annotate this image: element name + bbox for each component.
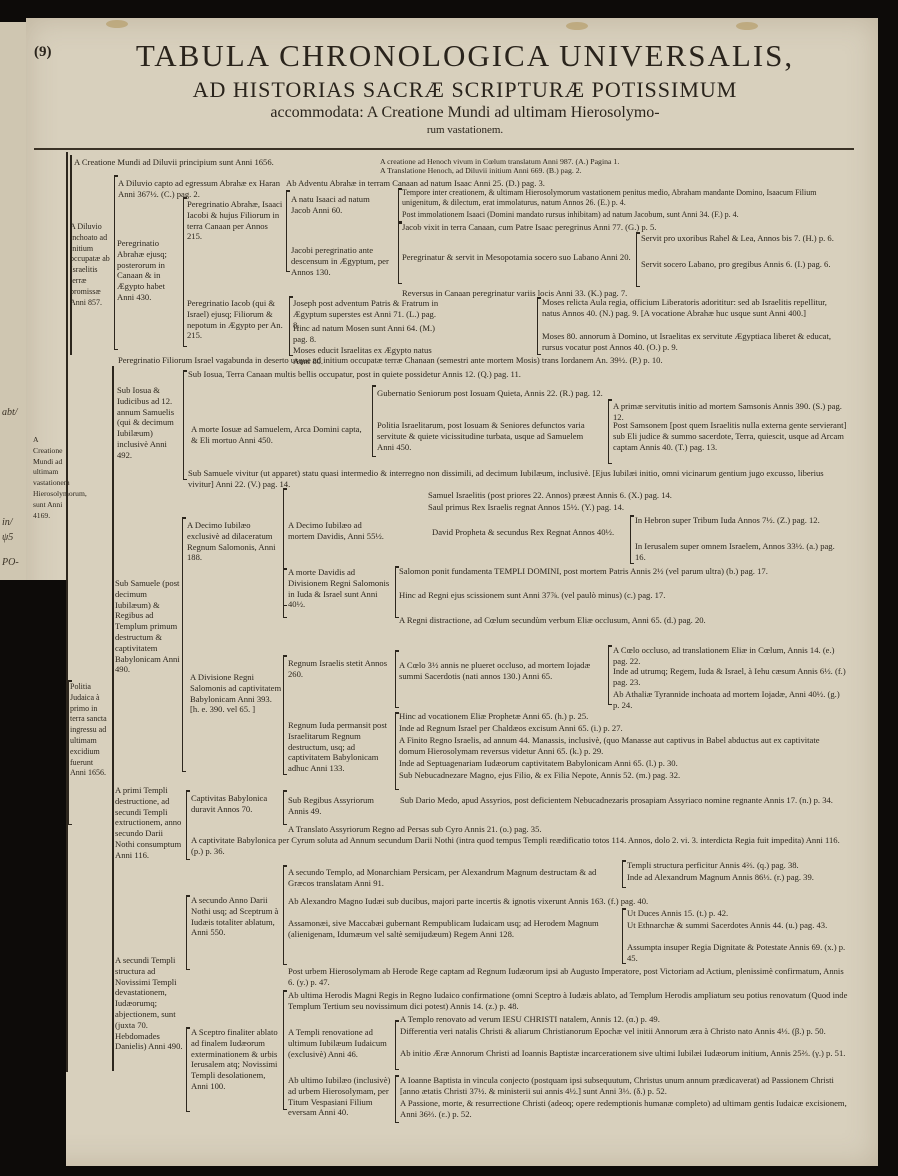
chronology-entry: Assumpta insuper Regia Dignitate & Potes… — [627, 942, 847, 964]
chronology-entry: Politia Israelitarum, post Iosuam & Seni… — [377, 420, 602, 452]
chronology-entry: A captivitate Babylonica per Cyrum solut… — [191, 835, 841, 857]
chronology-entry: Ab Alexandro Magno Iudæi sub ducibus, ma… — [288, 896, 848, 907]
brace — [286, 190, 287, 272]
chronology-entry: Sub Iosua & Iudicibus ad 12. annum Samue… — [117, 385, 181, 461]
adjacent-fragment: PO- — [2, 557, 19, 568]
brace — [114, 175, 115, 350]
adjacent-fragment: ψ5 — [2, 532, 13, 543]
brace — [372, 385, 373, 457]
adjacent-fragment: in/ — [2, 517, 13, 528]
chronology-entry: Gubernatio Seniorum post Iosuam Quieta, … — [377, 388, 847, 399]
chronology-entry: A Templi renovatione ad ultimum Iubilæum… — [288, 1027, 392, 1059]
chronology-entry: Inde ad Regnum Israel per Chaldæos excis… — [399, 723, 844, 734]
brace — [283, 865, 284, 965]
chronology-entry: Ab initio Æræ Annorum Christi ad Ioannis… — [400, 1048, 848, 1059]
page-title: TABULA CHRONOLOGICA UNIVERSALIS, — [70, 38, 860, 74]
chronology-entry: Servit socero Labano, pro gregibus Annis… — [641, 259, 847, 270]
chronology-entry: Sub Regibus Assyriorum Annis 49. — [288, 795, 396, 817]
brace — [622, 860, 623, 888]
chronology-entry: A secundo Templo, ad Monarchiam Persicam… — [288, 867, 618, 889]
chronology-entry: A Cœlo occluso, ad translationem Eliæ in… — [613, 645, 848, 667]
chronology-entry: Differentia veri natalis Christi & aliar… — [400, 1026, 848, 1037]
paper-stain — [736, 22, 758, 30]
brace — [183, 197, 184, 347]
chronology-entry: Jacobi peregrinatio ante descensum in Æg… — [291, 245, 395, 277]
period-label: A Diluvio inchoato ad initium occupatæ a… — [70, 222, 114, 308]
brace — [68, 680, 69, 825]
page-subtitle: AD HISTORIAS SACRÆ SCRIPTURÆ POTISSIMUM — [70, 77, 860, 103]
chronology-entry: Sub Dario Medo, apud Assyrios, post defi… — [400, 795, 845, 806]
chronology-entry: Peregrinatio Iacob (qui & Israel) ejusq;… — [187, 298, 283, 341]
brace — [186, 790, 187, 860]
chronology-entry: A Templo renovato ad verum IESU CHRISTI … — [400, 1014, 848, 1025]
chronology-entry: Assamonæi, sive Maccabæi gubernant Rempu… — [288, 918, 628, 940]
brace — [112, 366, 114, 1071]
chronology-entry: Ab Athaliæ Tyrannide inchoata ad mortem … — [613, 689, 848, 711]
chronology-entry: A Finito Regno Israelis, ad annum 44. Ma… — [399, 735, 844, 757]
brace — [537, 297, 538, 355]
chronology-entry: A morte Iosuæ ad Samuelem, Arca Domini c… — [191, 424, 369, 446]
paper-stain — [566, 22, 588, 30]
chronology-entry: Ut Ethnarchæ & summi Sacerdotes Annis 44… — [627, 920, 847, 931]
chronology-entry: Servit pro uxoribus Rahel & Lea, Annos b… — [641, 233, 847, 244]
chronology-entry: Saul primus Rex Israelis regnat Annos 15… — [428, 502, 848, 513]
brace — [289, 296, 290, 356]
chronology-entry: A natu Isaaci ad natum Jacob Anni 60. — [291, 194, 389, 216]
chronology-entry: Regnum Iuda permansit post Israelitarum … — [288, 720, 392, 774]
header-rule — [34, 148, 854, 150]
chronology-entry: A Decimo Iubilæo exclusivè ad dilaceratu… — [187, 520, 279, 563]
chronology-entry: Tempore inter creationem, & ultimam Hier… — [402, 188, 847, 207]
period-label: Politia Judaica à primo in terra sancta … — [70, 682, 110, 779]
brace — [183, 370, 184, 480]
page-subtitle-3: rum vastationem. — [70, 124, 860, 136]
torn-margin — [0, 580, 66, 1176]
chronology-entry: Peregrinatio Abrahæ ejusq; posterorum in… — [117, 238, 181, 303]
chronology-entry: Salomon ponit fundamenta TEMPLI DOMINI, … — [399, 566, 844, 577]
brace — [608, 645, 609, 705]
chronology-entry: Hinc ad vocationem Eliæ Prophetæ Anni 65… — [399, 711, 844, 722]
brace — [186, 1027, 187, 1112]
brace — [283, 655, 284, 775]
chronology-entry: Post Samsonem [post quem Israelitis null… — [613, 420, 848, 452]
chronology-entry: David Propheta & secundus Rex Regnat Ann… — [432, 527, 617, 538]
brace — [395, 650, 396, 708]
chronology-entry: Ab ultima Herodis Magni Regis in Regno I… — [288, 990, 848, 1012]
brace — [283, 790, 284, 825]
chronology-entry: A Sceptro finaliter ablato ad finalem Iu… — [191, 1027, 279, 1092]
chronology-entry: Post immolationem Isaaci (Domini mandato… — [402, 210, 847, 221]
chronology-entry: A primi Templi destructione, ad secundi … — [115, 785, 183, 861]
chronology-entry: Captivitas Babylonica duravit Annos 70. — [191, 793, 283, 815]
chronology-entry: Regnum Israelis stetit Annos 260. — [288, 658, 392, 680]
brace — [283, 990, 284, 1110]
brace — [395, 712, 396, 790]
chronology-entry: Sub Nebucadnezare Magno, ejus Filio, & e… — [399, 770, 844, 781]
chronology-entry: Sub Iosua, Terra Canaan multis bellis oc… — [188, 369, 848, 380]
signature-mark: (9) — [34, 44, 52, 61]
paper-stain — [106, 20, 128, 28]
chronology-entry: A Passione, morte, & resurrectione Chris… — [400, 1098, 848, 1120]
chronology-entry: A Creatione Mundi ad Diluvii principium … — [74, 157, 374, 168]
chronology-entry: Post urbem Hierosolymam ab Herode Rege c… — [288, 966, 848, 988]
chronology-entry: In Ierusalem super omnem Israelem, Annos… — [635, 541, 845, 563]
adjacent-fragment: abt/ — [2, 407, 18, 418]
adjacent-page-edge: abt/ in/ ψ5 PO- — [0, 22, 27, 582]
chronology-entry: A Diluvio capto ad egressum Abrahæ ex Ha… — [118, 178, 288, 200]
brace — [622, 908, 623, 964]
period-label: A Creatione Mundi ad ultimam vastationem… — [33, 435, 65, 521]
chronology-entry: Peregrinatio Filiorum Israel vagabunda i… — [118, 355, 848, 366]
chronology-entry: A secundo Anno Darii Nothi usq; ad Scept… — [191, 895, 283, 938]
chronology-entry: A Decimo Iubilæo ad mortem Davidis, Anni… — [288, 520, 388, 542]
brace — [395, 1075, 396, 1123]
chronology-entry: A morte Davidis ad Divisionem Regni Salo… — [288, 567, 392, 610]
chronology-entry: Peregrinatio Abrahæ, Isaaci Iacobi & huj… — [187, 199, 283, 242]
brace — [395, 566, 396, 618]
chronology-entry: Ut Duces Annis 15. (t.) p. 42. — [627, 908, 847, 919]
chronology-entry: A Divisione Regni Salomonis ad captivita… — [190, 672, 282, 715]
brace — [395, 1020, 396, 1070]
page-subtitle-2: accommodata: A Creatione Mundi ad ultima… — [70, 104, 860, 122]
chronology-entry: Samuel Israelitis (post priores 22. Anno… — [428, 490, 848, 501]
brace — [608, 399, 609, 464]
chronology-entry: A secundi Templi structura ad Novissimi … — [115, 955, 183, 1052]
brace — [636, 232, 637, 287]
chronology-entry: A Translatione Henoch, ad Diluvii initiu… — [380, 166, 840, 175]
chronology-entry: A Cœlo 3½ annis ne plueret occluso, ad m… — [399, 660, 609, 682]
main-spine — [66, 152, 68, 1072]
chronology-entry: A Ioanne Baptista in vincula conjecto (p… — [400, 1075, 848, 1097]
chronology-entry: Inde ad Septuagenariam Iudæorum captivit… — [399, 758, 844, 769]
chronology-entry: Hinc ad Regni ejus scissionem sunt Anni … — [399, 590, 844, 601]
chronology-entry: Ab ultimo Iubilæo (inclusivè) ad urbem H… — [288, 1075, 392, 1118]
chronology-entry: Hinc ad natum Mosen sunt Anni 64. (M.) p… — [293, 323, 443, 345]
chronology-entry: Inde ad utrumq; Regem, Iuda & Israel, à … — [613, 666, 848, 688]
chronology-entry: A Translato Assyriorum Regno ad Persas s… — [288, 824, 848, 835]
brace — [630, 515, 631, 564]
chronology-entry: Moses relicta Aula regia, officium Liber… — [542, 297, 847, 319]
chronology-entry: Inde ad Alexandrum Magnum Annis 86⅓. (r.… — [627, 872, 847, 883]
chronology-entry: Jacob vixit in terra Canaan, cum Patre I… — [402, 222, 847, 233]
chronology-entry: Sub Samuele (post decimum Iubilæum) & Re… — [115, 578, 181, 675]
chronology-entry: Sub Samuele vivitur (ut apparet) statu q… — [188, 468, 828, 490]
chronology-entry: A Regni distractione, ad Cœlum secundùm … — [399, 615, 844, 626]
brace — [398, 222, 399, 284]
brace — [182, 517, 183, 772]
chronology-entry: Moses 80. annorum à Domino, ut Israelita… — [542, 331, 847, 353]
chronology-entry: Peregrinatur & servit in Mesopotamia soc… — [402, 252, 632, 263]
brace — [283, 568, 284, 618]
brace — [398, 188, 399, 222]
chronology-entry: Templi structura perficitur Annis 4⅔. (q… — [627, 860, 847, 871]
brace — [186, 895, 187, 970]
chronology-entry: A creatione ad Henoch vivum in Cœlum tra… — [380, 157, 840, 166]
chronology-entry: In Hebron super Tribum Iuda Annos 7½. (Z… — [635, 515, 845, 526]
